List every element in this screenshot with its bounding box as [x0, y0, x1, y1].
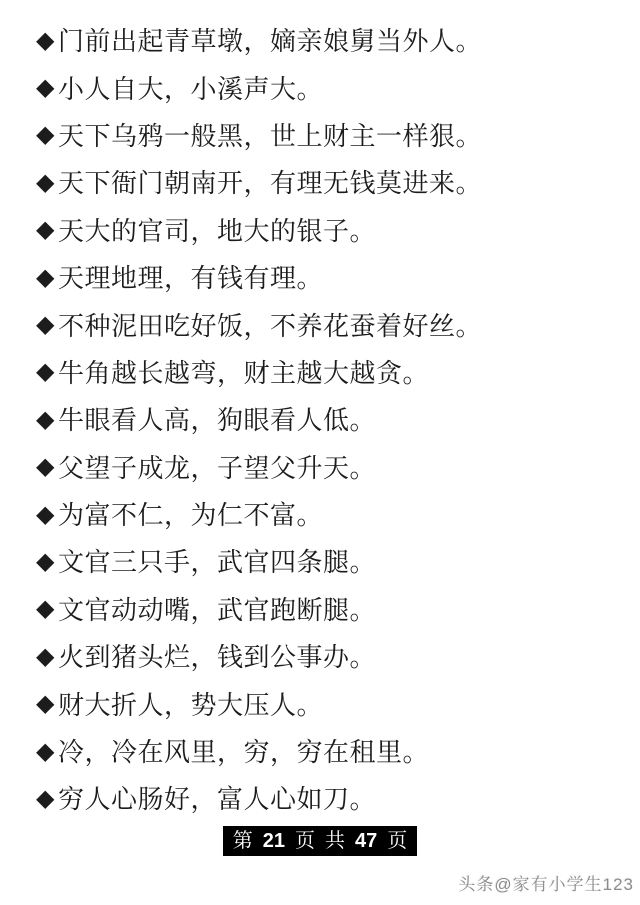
list-item: ◆门前出起青草墩，嫡亲娘舅当外人。 [36, 16, 630, 63]
list-item: ◆不种泥田吃好饭，不养花蚕着好丝。 [36, 300, 630, 347]
diamond-bullet-icon: ◆ [36, 28, 55, 52]
proverb-text: 天下乌鸦一般黑，世上财主一样狠。 [58, 116, 482, 153]
list-item: ◆火到猪头烂，钱到公事办。 [36, 632, 630, 679]
diamond-bullet-icon: ◆ [36, 312, 55, 336]
document-page: ◆门前出起青草墩，嫡亲娘舅当外人。 ◆小人自大，小溪声大。 ◆天下乌鸦一般黑，世… [0, 0, 640, 905]
diamond-bullet-icon: ◆ [36, 644, 55, 668]
proverb-text: 牛角越长越弯，财主越大越贪。 [58, 353, 429, 390]
list-item: ◆牛角越长越弯，财主越大越贪。 [36, 348, 630, 395]
proverb-text: 天下衙门朝南开，有理无钱莫进来。 [58, 163, 482, 200]
page-prefix-label: 第 [233, 829, 253, 853]
of-label: 共 [325, 829, 345, 853]
list-item: ◆天下衙门朝南开，有理无钱莫进来。 [36, 158, 630, 205]
diamond-bullet-icon: ◆ [36, 454, 55, 478]
list-item: ◆穷人心肠好，富人心如刀。 [36, 774, 630, 821]
proverb-text: 天大的官司，地大的银子。 [58, 211, 376, 248]
list-item: ◆小人自大，小溪声大。 [36, 63, 630, 110]
list-item: ◆冷，冷在风里，穷，穷在租里。 [36, 727, 630, 774]
proverb-text: 文官动动嘴，武官跑断腿。 [58, 590, 376, 627]
diamond-bullet-icon: ◆ [36, 75, 55, 99]
list-item: ◆牛眼看人高，狗眼看人低。 [36, 395, 630, 442]
list-item: ◆父望子成龙，子望父升天。 [36, 443, 630, 490]
proverb-text: 父望子成龙，子望父升天。 [58, 448, 376, 485]
current-page-number: 21 [263, 829, 285, 853]
list-item: ◆天下乌鸦一般黑，世上财主一样狠。 [36, 111, 630, 158]
diamond-bullet-icon: ◆ [36, 502, 55, 526]
diamond-bullet-icon: ◆ [36, 786, 55, 810]
list-item: ◆为富不仁，为仁不富。 [36, 490, 630, 537]
diamond-bullet-icon: ◆ [36, 596, 55, 620]
total-pages-number: 47 [355, 829, 377, 853]
proverb-list: ◆门前出起青草墩，嫡亲娘舅当外人。 ◆小人自大，小溪声大。 ◆天下乌鸦一般黑，世… [0, 0, 640, 822]
proverb-text: 门前出起青草墩，嫡亲娘舅当外人。 [58, 21, 482, 58]
list-item: ◆天大的官司，地大的银子。 [36, 206, 630, 253]
diamond-bullet-icon: ◆ [36, 122, 55, 146]
diamond-bullet-icon: ◆ [36, 407, 55, 431]
diamond-bullet-icon: ◆ [36, 217, 55, 241]
proverb-text: 天理地理，有钱有理。 [58, 258, 323, 295]
list-item: ◆文官三只手，武官四条腿。 [36, 537, 630, 584]
proverb-text: 为富不仁，为仁不富。 [58, 495, 323, 532]
proverb-text: 财大折人，势大压人。 [58, 685, 323, 722]
list-item: ◆文官动动嘴，武官跑断腿。 [36, 585, 630, 632]
diamond-bullet-icon: ◆ [36, 739, 55, 763]
diamond-bullet-icon: ◆ [36, 265, 55, 289]
diamond-bullet-icon: ◆ [36, 359, 55, 383]
proverb-text: 穷人心肠好，富人心如刀。 [58, 779, 376, 816]
page-unit-label: 页 [295, 829, 315, 853]
proverb-text: 小人自大，小溪声大。 [58, 69, 323, 106]
proverb-text: 牛眼看人高，狗眼看人低。 [58, 400, 376, 437]
total-unit-label: 页 [387, 829, 407, 853]
diamond-bullet-icon: ◆ [36, 170, 55, 194]
footer: 第 21 页 共 47 页 [0, 826, 640, 856]
proverb-text: 冷，冷在风里，穷，穷在租里。 [58, 732, 429, 769]
diamond-bullet-icon: ◆ [36, 691, 55, 715]
proverb-text: 不种泥田吃好饭，不养花蚕着好丝。 [58, 306, 482, 343]
list-item: ◆财大折人，势大压人。 [36, 679, 630, 726]
diamond-bullet-icon: ◆ [36, 549, 55, 573]
proverb-text: 文官三只手，武官四条腿。 [58, 542, 376, 579]
page-indicator: 第 21 页 共 47 页 [223, 826, 418, 856]
watermark: 头条@家有小学生123 [458, 870, 634, 895]
list-item: ◆天理地理，有钱有理。 [36, 253, 630, 300]
proverb-text: 火到猪头烂，钱到公事办。 [58, 637, 376, 674]
